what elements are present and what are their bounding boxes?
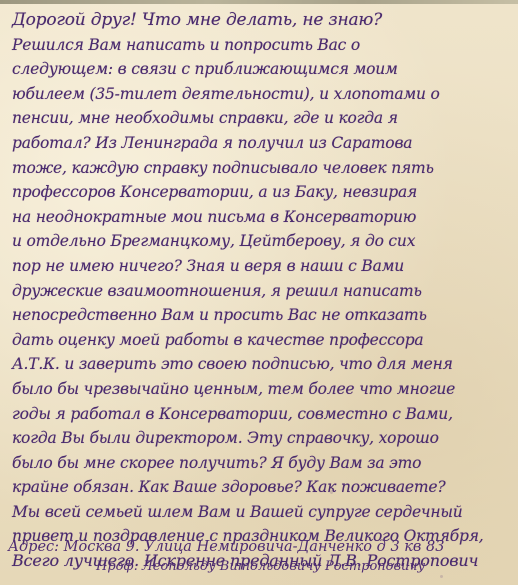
addressee-line: Проф. Леопольду Витольдовичу Ростропович… bbox=[8, 557, 508, 577]
letter-body: Дорогой друг! Что мне делать, не знаю? Р… bbox=[12, 8, 512, 574]
address-line: Адрес: Москва 9. Улица Немировича-Данчен… bbox=[8, 537, 508, 557]
letter-line: дружеские взаимоотношения, я решил напис… bbox=[12, 279, 512, 304]
letter-line: годы я работал в Консерватории, совместн… bbox=[12, 402, 512, 427]
letter-line: Мы всей семьей шлем Вам и Вашей супруге … bbox=[12, 500, 512, 525]
letter-line: было бы чрезвычайно ценным, тем более чт… bbox=[12, 377, 512, 402]
letter-line: профессоров Консерватории, а из Баку, не… bbox=[12, 180, 512, 205]
letter-line: работал? Из Ленинграда я получил из Сара… bbox=[12, 131, 512, 156]
letter-line: и отдельно Брегманцкому, Цейтберову, я д… bbox=[12, 229, 512, 254]
letter-line: пенсии, мне необходимы справки, где и ко… bbox=[12, 106, 512, 131]
letter-line: крайне обязан. Как Ваше здоровье? Как по… bbox=[12, 475, 512, 500]
letter-line: Решился Вам написать и попросить Вас о bbox=[12, 33, 512, 58]
letter-line: следующем: в связи с приближающимся моим bbox=[12, 57, 512, 82]
letter-line: когда Вы были директором. Эту справочку,… bbox=[12, 426, 512, 451]
paper-torn-edge bbox=[0, 0, 518, 4]
letter-line: пор не имею ничего? Зная и веря в наши с… bbox=[12, 254, 512, 279]
letter-line: на неоднократные мои письма в Консервато… bbox=[12, 205, 512, 230]
letter-line: было бы мне скорее получить? Я буду Вам … bbox=[12, 451, 512, 476]
letter-line: дать оценку моей работы в качестве профе… bbox=[12, 328, 512, 353]
letter-line: юбилеем (35-тилет деятельности), и хлопо… bbox=[12, 82, 512, 107]
letter-line: А.Т.К. и заверить это своею подписью, чт… bbox=[12, 352, 512, 377]
letter-line: непосредственно Вам и просить Вас не отк… bbox=[12, 303, 512, 328]
letter-paper: Дорогой друг! Что мне делать, не знаю? Р… bbox=[0, 0, 518, 585]
letter-line: тоже, каждую справку подписывало человек… bbox=[12, 156, 512, 181]
return-address: Адрес: Москва 9. Улица Немировича-Данчен… bbox=[8, 537, 508, 577]
letter-greeting-line: Дорогой друг! Что мне делать, не знаю? bbox=[12, 8, 512, 33]
